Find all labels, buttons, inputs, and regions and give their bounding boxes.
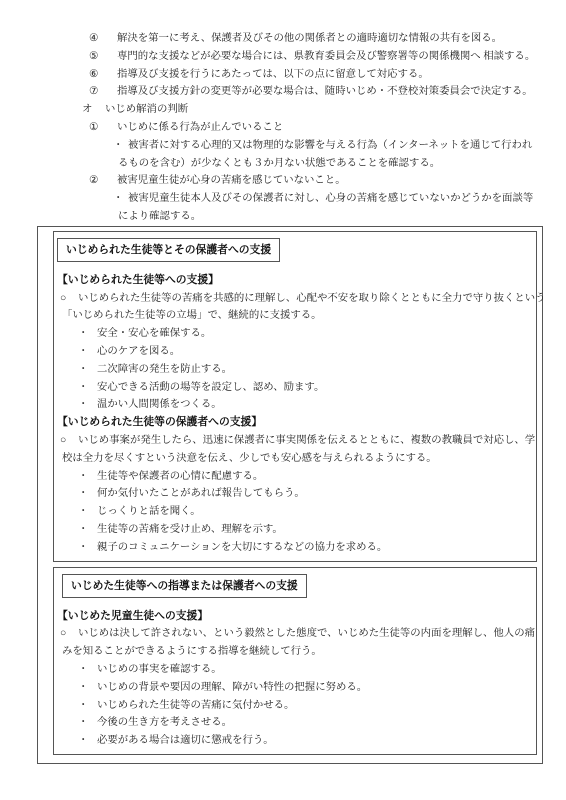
numbered-item: ⑥指導及び支援を行うにあたっては、以下の点に留意して対応する。 (0, 66, 566, 84)
line-text: 二次障害の発生を防止する。 (97, 364, 232, 375)
list-marker: ・ (113, 137, 128, 155)
bullet-item: ・いじめられた生徒等の苦痛に気付かせる。 (54, 697, 536, 715)
list-marker: ・ (78, 396, 97, 414)
list-marker: ・ (78, 732, 97, 750)
list-marker: ① (89, 119, 117, 137)
list-marker: ・ (78, 379, 97, 397)
list-marker: ・ (78, 468, 97, 486)
line-text: 心のケアを図る。 (97, 346, 180, 357)
bullet-item: ・温かい人間関係をつくる。 (54, 396, 536, 414)
list-marker: ・ (78, 521, 97, 539)
bully-guidance-content: 【いじめた児童生徒への支援】○いじめは決して許されない、という毅然とした態度で、… (54, 608, 536, 750)
line-text: 安心できる活動の場等を設定し、認め、励ます。 (97, 382, 324, 393)
line-text: 温かい人間関係をつくる。 (97, 399, 222, 410)
line-text: 被害児童生徒が心身の苦痛を感じていないこと。 (117, 175, 346, 186)
document-page: ④解決を第一に考え、保護者及びその他の関係者との適時適切な情報の共有を図る。⑤専… (0, 0, 566, 800)
line-text: 指導及び支援方針の変更等が必要な場合は、随時いじめ・不登校対策委員会で決定する。 (117, 86, 533, 97)
continuation-line: により確認する。 (0, 208, 566, 226)
list-marker: ⑦ (89, 83, 117, 101)
line-text: により確認する。 (118, 211, 201, 222)
line-text: いじめ解消の判断 (105, 104, 188, 115)
list-marker: ・ (78, 361, 97, 379)
list-marker: ○ (60, 290, 78, 308)
list-marker: ⑤ (89, 48, 117, 66)
list-marker: ② (89, 172, 117, 190)
circle-item: ○いじめは決して許されない、という毅然とした態度で、いじめた生徒等の内面を理解し… (54, 625, 536, 643)
list-marker: ・ (78, 539, 97, 557)
list-marker: ○ (60, 625, 78, 643)
bullet-item: ・生徒等や保護者の心情に配慮する。 (54, 468, 536, 486)
numbered-item: ⑤専門的な支援などが必要な場合には、県教育委員会及び警察署等の関係機関へ 相談す… (0, 48, 566, 66)
top-outline-list: ④解決を第一に考え、保護者及びその他の関係者との適時適切な情報の共有を図る。⑤専… (0, 0, 566, 226)
bullet-item: ・親子のコミュニケーションを大切にするなどの協力を求める。 (54, 539, 536, 557)
continuation-line: 「いじめられた生徒等の立場」で、継続的に支援する。 (54, 307, 536, 325)
numbered-item: ①いじめに係る行為が止んでいること (0, 119, 566, 137)
line-text: 「いじめられた生徒等の立場」で、継続的に支援する。 (62, 310, 322, 321)
bullet-item: ・被害者に対する心理的又は物理的な影響を与える行為（インターネットを通じて行われ (0, 137, 566, 155)
list-marker: ・ (113, 190, 128, 208)
line-text: 被害児童生徒本人及びその保護者に対し、心身の苦痛を感じていないかどうかを面談等 (128, 193, 533, 204)
bullet-item: ・いじめの背景や要因の理解、障がい特性の把握に努める。 (54, 679, 536, 697)
list-marker: ④ (89, 30, 117, 48)
list-marker: ⑥ (89, 66, 117, 84)
line-text: 指導及び支援を行うにあたっては、以下の点に留意して対応する。 (117, 69, 429, 80)
line-text: いじめ事案が発生したら、迅速に保護者に事実関係を伝えるとともに、複数の教職員で対… (78, 435, 535, 446)
continuation-line: みを知ることができるようにする指導を継続して行う。 (54, 643, 536, 661)
list-marker: オ (82, 101, 105, 119)
victim-support-title: いじめられた生徒等とその保護者への支援 (57, 238, 280, 262)
line-text: じっくりと話を聞く。 (97, 506, 201, 517)
bullet-item: ・心のケアを図る。 (54, 343, 536, 361)
line-text: みを知ることができるようにする指導を継続して行う。 (62, 646, 322, 657)
line-text: いじめに係る行為が止んでいること (117, 122, 283, 133)
list-marker: ・ (78, 714, 97, 732)
bullet-item: ・被害児童生徒本人及びその保護者に対し、心身の苦痛を感じていないかどうかを面談等 (0, 190, 566, 208)
section-header: 【いじめた児童生徒への支援】 (54, 608, 536, 626)
line-text: いじめは決して許されない、という毅然とした態度で、いじめた生徒等の内面を理解し、… (78, 628, 535, 639)
victim-support-box: いじめられた生徒等とその保護者への支援 【いじめられた生徒等への支援】○いじめら… (53, 231, 537, 562)
bullet-item: ・安心できる活動の場等を設定し、認め、励ます。 (54, 379, 536, 397)
line-text: 校は全力を尽くすという決意を伝え、少しでも安心感を与えられるようにする。 (62, 453, 437, 464)
numbered-item: ⑦指導及び支援方針の変更等が必要な場合は、随時いじめ・不登校対策委員会で決定する… (0, 83, 566, 101)
list-marker: ・ (78, 679, 97, 697)
bullet-item: ・じっくりと話を聞く。 (54, 503, 536, 521)
bullet-item: ・何か気付いたことがあれば報告してもらう。 (54, 485, 536, 503)
line-text: 安全・安心を確保する。 (97, 328, 211, 339)
line-text: いじめの背景や要因の理解、障がい特性の把握に努める。 (97, 682, 367, 693)
support-sections-frame: いじめられた生徒等とその保護者への支援 【いじめられた生徒等への支援】○いじめら… (37, 226, 543, 764)
numbered-item: ④解決を第一に考え、保護者及びその他の関係者との適時適切な情報の共有を図る。 (0, 30, 566, 48)
list-marker: ・ (78, 697, 97, 715)
line-text: るものを含む）が少なくとも３か月ない状態であることを確認する。 (118, 158, 440, 169)
list-marker: ・ (78, 343, 97, 361)
bullet-item: ・いじめの事実を確認する。 (54, 661, 536, 679)
line-text: 【いじめた児童生徒への支援】 (57, 610, 208, 622)
line-text: いじめられた生徒等の苦痛を共感的に理解し、心配や不安を取り除くとともに全力で守り… (78, 293, 546, 304)
bullet-item: ・必要がある場合は適切に懲戒を行う。 (54, 732, 536, 750)
list-marker: ○ (60, 432, 78, 450)
line-text: 【いじめられた生徒等への支援】 (57, 274, 219, 286)
line-text: 被害者に対する心理的又は物理的な影響を与える行為（インターネットを通じて行われ (128, 140, 532, 151)
list-marker: ・ (78, 503, 97, 521)
continuation-line: るものを含む）が少なくとも３か月ない状態であることを確認する。 (0, 155, 566, 173)
line-text: 専門的な支援などが必要な場合には、県教育委員会及び警察署等の関係機関へ 相談する… (117, 51, 535, 62)
list-marker: ・ (78, 661, 97, 679)
line-text: 生徒等や保護者の心情に配慮する。 (97, 471, 263, 482)
bullet-item: ・二次障害の発生を防止する。 (54, 361, 536, 379)
bullet-item: ・安全・安心を確保する。 (54, 325, 536, 343)
bully-guidance-title: いじめた生徒等への指導または保護者への支援 (62, 574, 307, 598)
line-text: 【いじめられた生徒等の保護者への支援】 (57, 416, 262, 428)
circle-item: ○いじめられた生徒等の苦痛を共感的に理解し、心配や不安を取り除くとともに全力で守… (54, 290, 536, 308)
bullet-item: ・今後の生き方を考えさせる。 (54, 714, 536, 732)
list-marker: ・ (78, 485, 97, 503)
line-text: 何か気付いたことがあれば報告してもらう。 (97, 488, 305, 499)
bully-guidance-box: いじめた生徒等への指導または保護者への支援 【いじめた児童生徒への支援】○いじめ… (53, 567, 537, 755)
bullet-item: ・生徒等の苦痛を受け止め、理解を示す。 (54, 521, 536, 539)
section-header: 【いじめられた生徒等の保護者への支援】 (54, 414, 536, 432)
kana-item: オいじめ解消の判断 (0, 101, 566, 119)
section-header: 【いじめられた生徒等への支援】 (54, 272, 536, 290)
line-text: 親子のコミュニケーションを大切にするなどの協力を求める。 (97, 542, 387, 553)
victim-support-content: 【いじめられた生徒等への支援】○いじめられた生徒等の苦痛を共感的に理解し、心配や… (54, 272, 536, 557)
list-marker: ・ (78, 325, 97, 343)
line-text: 生徒等の苦痛を受け止め、理解を示す。 (97, 524, 283, 535)
numbered-item: ②被害児童生徒が心身の苦痛を感じていないこと。 (0, 172, 566, 190)
line-text: 今後の生き方を考えさせる。 (97, 717, 232, 728)
line-text: いじめられた生徒等の苦痛に気付かせる。 (97, 700, 294, 711)
continuation-line: 校は全力を尽くすという決意を伝え、少しでも安心感を与えられるようにする。 (54, 450, 536, 468)
line-text: 解決を第一に考え、保護者及びその他の関係者との適時適切な情報の共有を図る。 (117, 33, 502, 44)
circle-item: ○いじめ事案が発生したら、迅速に保護者に事実関係を伝えるとともに、複数の教職員で… (54, 432, 536, 450)
line-text: いじめの事実を確認する。 (97, 664, 222, 675)
line-text: 必要がある場合は適切に懲戒を行う。 (97, 735, 274, 746)
